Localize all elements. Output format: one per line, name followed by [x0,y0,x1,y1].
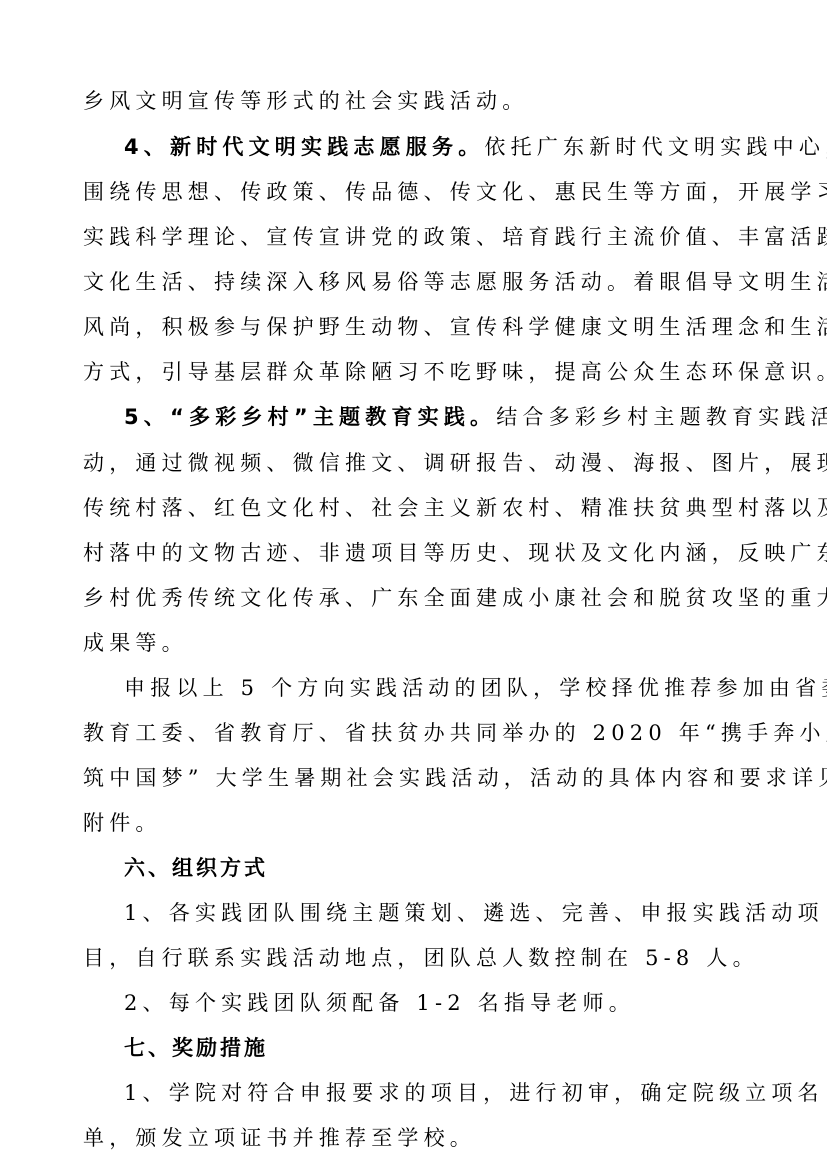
paragraph-line: 实践科学理论、宣传宣讲党的政策、培育践行主流价值、丰富活跃 [83,222,743,252]
paragraph-line: 1、学院对符合申报要求的项目，进行初审，确定院级立项名 [124,1078,784,1108]
section-5-title: 5、“多彩乡村”主题教育实践。 [124,405,496,429]
paragraph-line: 目，自行联系实践活动地点，团队总人数控制在 5-8 人。 [83,943,743,973]
section-4-heading-line: 4、新时代文明实践志愿服务。依托广东新时代文明实践中心， [124,132,784,162]
paragraph-line: 教育工委、省教育厅、省扶贫办共同举办的 2020 年“携手奔小康 共 [83,718,743,748]
document-page: 乡风文明宣传等形式的社会实践活动。 4、新时代文明实践志愿服务。依托广东新时代文… [0,0,827,1169]
paragraph-line: 申报以上 5 个方向实践活动的团队，学校择优推荐参加由省委 [124,673,784,703]
paragraph-line: 村落中的文物古迹、非遗项目等历史、现状及文化内涵，反映广东 [83,538,743,568]
section-heading-rewards: 七、奖励措施 [124,1033,784,1063]
paragraph-line: 传统村落、红色文化村、社会主义新农村、精准扶贫典型村落以及 [83,493,743,523]
paragraph-line: 乡风文明宣传等形式的社会实践活动。 [83,86,743,116]
paragraph-text: 依托广东新时代文明实践中心， [484,135,827,159]
paragraph-line: 风尚，积极参与保护野生动物、宣传科学健康文明生活理念和生活 [83,312,743,342]
paragraph-line: 成果等。 [83,628,743,658]
paragraph-line: 乡村优秀传统文化传承、广东全面建成小康社会和脱贫攻坚的重大 [83,583,743,613]
section-heading-organization: 六、组织方式 [124,853,784,883]
section-4-title: 4、新时代文明实践志愿服务。 [124,135,484,159]
paragraph-line: 2、每个实践团队须配备 1-2 名指导老师。 [124,988,784,1018]
paragraph-line: 1、各实践团队围绕主题策划、遴选、完善、申报实践活动项 [124,898,784,928]
paragraph-text: 结合多彩乡村主题教育实践活 [496,405,827,429]
section-5-heading-line: 5、“多彩乡村”主题教育实践。结合多彩乡村主题教育实践活 [124,402,784,432]
paragraph-line: 方式，引导基层群众革除陋习不吃野味，提高公众生态环保意识。 [83,357,743,387]
paragraph-line: 单，颁发立项证书并推荐至学校。 [83,1123,743,1153]
paragraph-line: 筑中国梦” 大学生暑期社会实践活动，活动的具体内容和要求详见 [83,763,743,793]
paragraph-line: 附件。 [83,808,743,838]
paragraph-line: 文化生活、持续深入移风易俗等志愿服务活动。着眼倡导文明生活 [83,267,743,297]
paragraph-line: 围绕传思想、传政策、传品德、传文化、惠民生等方面，开展学习 [83,177,743,207]
paragraph-line: 动，通过微视频、微信推文、调研报告、动漫、海报、图片，展现 [83,448,743,478]
